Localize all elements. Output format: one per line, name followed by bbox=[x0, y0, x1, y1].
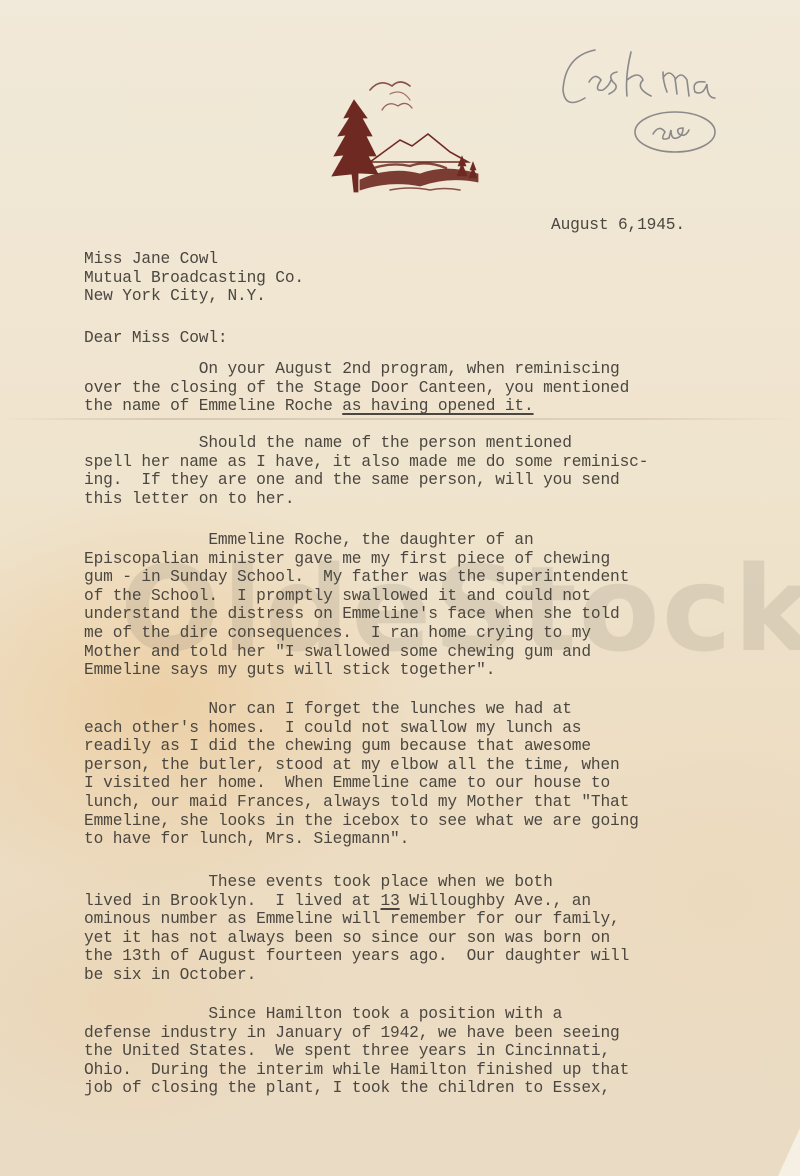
paragraph-6: Since Hamilton took a position with a de… bbox=[84, 1005, 629, 1098]
folded-corner bbox=[778, 1128, 800, 1176]
text-fragment: lived in Brooklyn. I lived at bbox=[84, 892, 381, 910]
text-line: Mother and told her "I swallowed some ch… bbox=[84, 643, 591, 661]
text-line: the United States. We spent three years … bbox=[84, 1042, 610, 1060]
text-line: Emmeline Roche, the daughter of an bbox=[84, 531, 534, 549]
text-line: Nor can I forget the lunches we had at bbox=[84, 700, 572, 718]
paragraph-3: Emmeline Roche, the daughter of an Episc… bbox=[84, 531, 629, 680]
text-line: ing. If they are one and the same person… bbox=[84, 471, 620, 489]
paragraph-1: On your August 2nd program, when reminis… bbox=[84, 360, 629, 416]
paragraph-5: These events took place when we both liv… bbox=[84, 873, 629, 985]
text-line: ominous number as Emmeline will remember… bbox=[84, 910, 620, 928]
text-line: These events took place when we both bbox=[84, 873, 553, 891]
text-line: of the School. I promptly swallowed it a… bbox=[84, 587, 591, 605]
paragraph-4: Nor can I forget the lunches we had at e… bbox=[84, 700, 639, 849]
recipient-city: New York City, N.Y. bbox=[84, 287, 266, 305]
salutation: Dear Miss Cowl: bbox=[84, 329, 227, 348]
text-line: job of closing the plant, I took the chi… bbox=[84, 1079, 610, 1097]
text-line: over the closing of the Stage Door Cante… bbox=[84, 379, 629, 397]
text-line: Ohio. During the interim while Hamilton … bbox=[84, 1061, 629, 1079]
paragraph-2: Should the name of the person mentioned … bbox=[84, 434, 648, 508]
text-line: be six in October. bbox=[84, 966, 256, 984]
letter-page: OldeStock August 6,1945. Miss Jane Cowl … bbox=[0, 0, 800, 1176]
pine-tree-mountain-vignette-icon bbox=[330, 70, 485, 210]
text-line: me of the dire consequences. I ran home … bbox=[84, 624, 591, 642]
text-line: gum - in Sunday School. My father was th… bbox=[84, 568, 629, 586]
text-line: On your August 2nd program, when reminis… bbox=[84, 360, 620, 378]
paper-fold-line bbox=[0, 418, 800, 420]
text-fragment: Willoughby Ave., an bbox=[400, 892, 591, 910]
letter-date: August 6,1945. bbox=[551, 216, 685, 235]
text-line: to have for lunch, Mrs. Siegmann". bbox=[84, 830, 409, 848]
text-line: Should the name of the person mentioned bbox=[84, 434, 572, 452]
text-line: person, the butler, stood at my elbow al… bbox=[84, 756, 620, 774]
text-line: yet it has not always been so since our … bbox=[84, 929, 610, 947]
text-line: lunch, our maid Frances, always told my … bbox=[84, 793, 629, 811]
text-line: readily as I did the chewing gum because… bbox=[84, 737, 591, 755]
text-line: I visited her home. When Emmeline came t… bbox=[84, 774, 610, 792]
pencil-annotation bbox=[555, 42, 735, 162]
text-line: Emmeline says my guts will stick togethe… bbox=[84, 661, 495, 679]
text-line: spell her name as I have, it also made m… bbox=[84, 453, 648, 471]
recipient-address: Miss Jane Cowl Mutual Broadcasting Co. N… bbox=[84, 250, 304, 306]
text-line: the 13th of August fourteen years ago. O… bbox=[84, 947, 629, 965]
recipient-name: Miss Jane Cowl bbox=[84, 250, 218, 268]
text-line: Episcopalian minister gave me my first p… bbox=[84, 550, 610, 568]
text-line: this letter on to her. bbox=[84, 490, 294, 508]
underlined-number: 13 bbox=[381, 892, 400, 910]
text-line: Since Hamilton took a position with a bbox=[84, 1005, 562, 1023]
text-line: each other's homes. I could not swallow … bbox=[84, 719, 581, 737]
text-line: defense industry in January of 1942, we … bbox=[84, 1024, 620, 1042]
text-line: Emmeline, she looks in the icebox to see… bbox=[84, 812, 639, 830]
underlined-phrase: as having opened it. bbox=[342, 397, 533, 415]
text-line: the name of Emmeline Roche bbox=[84, 397, 342, 415]
text-line: understand the distress on Emmeline's fa… bbox=[84, 605, 620, 623]
recipient-organization: Mutual Broadcasting Co. bbox=[84, 269, 304, 287]
